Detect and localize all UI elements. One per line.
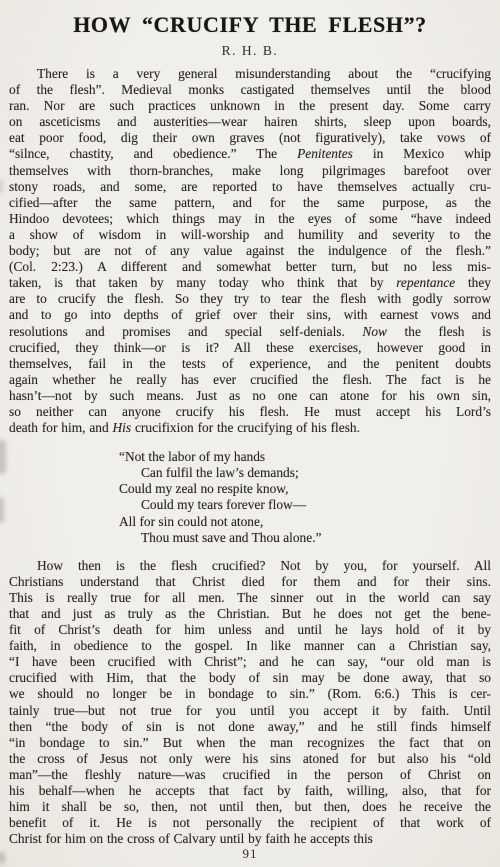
text-line: crucified, they think—or is it? All thes… — [9, 340, 491, 356]
text-line: Could my zeal no respite know, — [119, 481, 491, 497]
text-line: man”—the fleshly nature—was crucified in… — [9, 767, 491, 783]
text-line: fit of Christ’s death for him unless and… — [9, 622, 491, 638]
text-line: Can fulfil the law’s demands; — [119, 465, 491, 481]
text-line: themselves, fail in the tests of experie… — [9, 356, 491, 372]
text-line: Thou must save and Thou alone.” — [119, 530, 491, 546]
scan-smudge-artifact — [0, 180, 3, 194]
text-line: cified—after the same pattern, and for t… — [9, 195, 491, 211]
text-line: his behalf—when he accepts that fact by … — [9, 783, 491, 799]
text-line: Could my tears forever flow— — [119, 497, 491, 513]
text-line: so neither can anyone crucify his flesh.… — [9, 404, 491, 420]
document-page: HOW “CRUCIFY THE FLESH”? R. H. B. There … — [0, 0, 500, 867]
poem-block: “Not the labor of my handsCan fulfil the… — [119, 449, 491, 546]
article-body: There is a very general misunderstanding… — [0, 59, 500, 847]
text-line: crucified with Him, that the body of sin… — [9, 670, 491, 686]
scan-smudge-artifact — [0, 497, 4, 523]
text-line: then “the body of sin is not done away,”… — [9, 719, 491, 735]
text-line: death for him, and His crucifixion for t… — [9, 420, 491, 436]
text-line: of the flesh”. Medieval monks castigated… — [9, 82, 491, 98]
text-line: him it shall be so, then, not until then… — [9, 799, 491, 815]
page-title: HOW “CRUCIFY THE FLESH”? — [0, 0, 500, 38]
text-line: “I have been crucified with Christ”; and… — [9, 654, 491, 670]
text-line: benefit of it. He is not personally the … — [9, 815, 491, 831]
text-line: the cross of Jesus not only were his sin… — [9, 751, 491, 767]
text-line: stony roads, and some, are reported to h… — [9, 179, 491, 195]
text-line: again whether he really has ever crucifi… — [9, 372, 491, 388]
text-line: How then is the flesh crucified? Not by … — [9, 558, 491, 574]
scan-smudge-artifact — [0, 440, 6, 474]
text-line: a show of wisdom in will-worship and hum… — [9, 227, 491, 243]
text-line: themselves with thorn-branches, make lon… — [9, 163, 491, 179]
text-line: This is really true for all men. The sin… — [9, 590, 491, 606]
text-line: and to go into depths of grief over thei… — [9, 307, 491, 323]
text-line: that and just as truly as the Christian.… — [9, 606, 491, 622]
text-line: ran. Nor are such practices unknown in t… — [9, 98, 491, 114]
scan-smudge-artifact — [0, 852, 5, 864]
text-line: (Col. 2:23.) A different and somewhat be… — [9, 259, 491, 275]
text-line: All for sin could not atone, — [119, 514, 491, 530]
text-line: Hindoo devotees; which things may in the… — [9, 211, 491, 227]
text-line: taken, is that taken by many today who t… — [9, 275, 491, 291]
paragraph: How then is the flesh crucified? Not by … — [9, 558, 491, 848]
text-line: faith, in obedience to the gospel. In li… — [9, 638, 491, 654]
text-line: “in bondage to sin.” But when the man re… — [9, 735, 491, 751]
text-line: resolutions and promises and special sel… — [9, 324, 491, 340]
text-line: hasn’t—not by such means. Just as no one… — [9, 388, 491, 404]
paragraph: There is a very general misunderstanding… — [9, 66, 491, 436]
text-line: “silnce, chastity, and obedience.” The P… — [9, 146, 491, 162]
text-line: eat poor food, dig their own graves (not… — [9, 130, 491, 146]
text-line: “Not the labor of my hands — [119, 449, 491, 465]
text-line: tainly true—but not true for you until y… — [9, 703, 491, 719]
page-number: 91 — [0, 846, 500, 862]
text-line: There is a very general misunderstanding… — [9, 66, 491, 82]
byline: R. H. B. — [0, 43, 500, 59]
text-line: are to crucify the flesh. So they try to… — [9, 291, 491, 307]
text-line: we should no longer be in bondage to sin… — [9, 686, 491, 702]
text-line: on asceticisms and austerities—wear hair… — [9, 114, 491, 130]
text-line: Christians understand that Christ died f… — [9, 574, 491, 590]
text-line: Christ for him on the cross of Calvary u… — [9, 831, 491, 847]
text-line: body; but are not of any value against t… — [9, 243, 491, 259]
